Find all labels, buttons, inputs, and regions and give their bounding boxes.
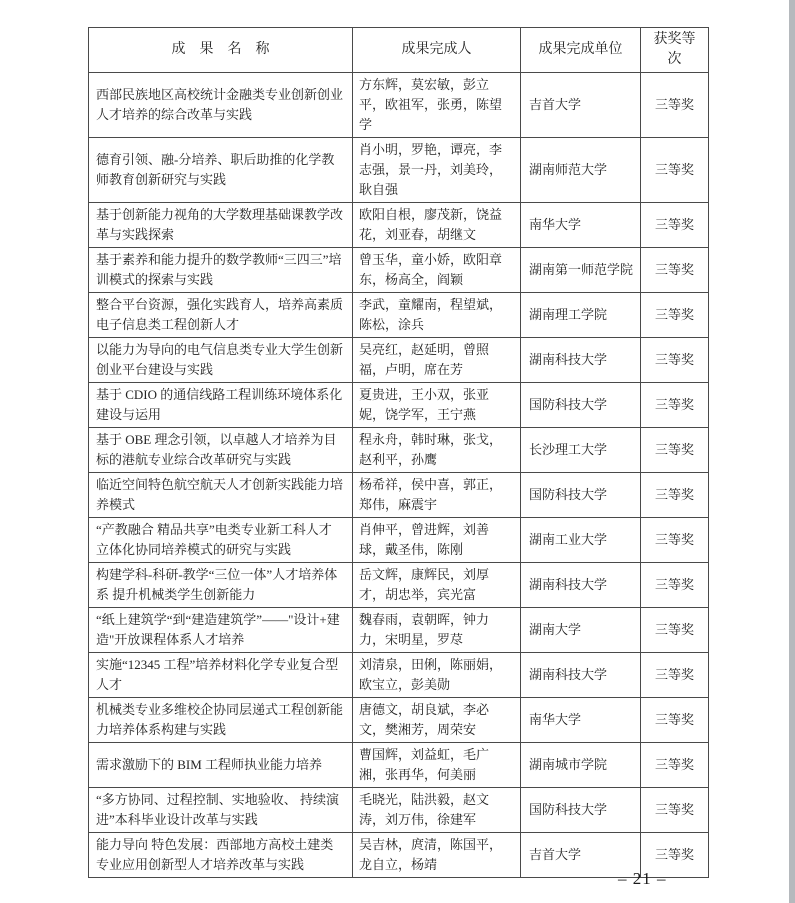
completers-cell: 魏春雨，袁朝晖，钟力力，宋明星，罗荩 (353, 608, 521, 653)
table-row: 机械类专业多维校企协同层递式工程创新能力培养体系构建与实践 唐德文，胡良斌，李必… (89, 698, 709, 743)
award-cell: 三等奖 (641, 653, 709, 698)
header-award-level: 获奖等次 (641, 28, 709, 73)
table-row: 基于创新能力视角的大学数理基础课教学改革与实践探索 欧阳自根，廖茂新，饶益花，刘… (89, 203, 709, 248)
achievement-name-cell: 实施“12345 工程”培养材料化学专业复合型人才 (89, 653, 353, 698)
completers-cell: 李武，童耀南，程望斌，陈松，涂兵 (353, 293, 521, 338)
table-row: 能力导向 特色发展：西部地方高校土建类专业应用创新型人才培养改革与实践 吴吉林，… (89, 833, 709, 878)
achievement-name-cell: “产教融合 精品共享”电类专业新工科人才立体化协同培养模式的研究与实践 (89, 518, 353, 563)
completers-cell: 欧阳自根，廖茂新，饶益花，刘亚春，胡继文 (353, 203, 521, 248)
completers-cell: 毛晓光，陆洪毅，赵文涛，刘万伟，徐建军 (353, 788, 521, 833)
unit-cell: 吉首大学 (521, 73, 641, 138)
completers-cell: 曹国辉，刘益虹，毛广湘，张再华，何美丽 (353, 743, 521, 788)
table-header-row: 成 果 名 称 成果完成人 成果完成单位 获奖等次 (89, 28, 709, 73)
completers-cell: 刘清泉，田俐，陈丽娟，欧宝立，彭美勋 (353, 653, 521, 698)
unit-cell: 国防科技大学 (521, 383, 641, 428)
table-row: “多方协同、过程控制、实地验收、 持续演进”本科毕业设计改革与实践 毛晓光，陆洪… (89, 788, 709, 833)
unit-cell: 南华大学 (521, 203, 641, 248)
scrollbar-track[interactable] (789, 0, 795, 903)
award-cell: 三等奖 (641, 563, 709, 608)
unit-cell: 湖南科技大学 (521, 338, 641, 383)
achievement-name-cell: 基于创新能力视角的大学数理基础课教学改革与实践探索 (89, 203, 353, 248)
achievement-name-cell: 基于素养和能力提升的数学教师“三四三”培训模式的探索与实践 (89, 248, 353, 293)
unit-cell: 湖南科技大学 (521, 653, 641, 698)
header-completers: 成果完成人 (353, 28, 521, 73)
completers-cell: 吴吉林，庹清，陈国平，龙自立，杨靖 (353, 833, 521, 878)
award-cell: 三等奖 (641, 743, 709, 788)
table-row: 德育引领、融-分培养、职后助推的化学教师教育创新研究与实践 肖小明，罗艳，谭亮，… (89, 138, 709, 203)
unit-cell: 湖南大学 (521, 608, 641, 653)
table-row: 西部民族地区高校统计金融类专业创新创业人才培养的综合改革与实践 方东辉，莫宏敏，… (89, 73, 709, 138)
achievement-name-cell: 以能力为导向的电气信息类专业大学生创新创业平台建设与实践 (89, 338, 353, 383)
unit-cell: 国防科技大学 (521, 788, 641, 833)
completers-cell: 岳文辉，康辉民，刘厚才，胡忠举，宾光富 (353, 563, 521, 608)
achievement-name-cell: 整合平台资源，强化实践育人，培养高素质电子信息类工程创新人才 (89, 293, 353, 338)
table-row: 临近空间特色航空航天人才创新实践能力培养模式 杨希祥，侯中喜，郭正，郑伟，麻震宇… (89, 473, 709, 518)
table-row: 基于素养和能力提升的数学教师“三四三”培训模式的探索与实践 曾玉华，童小娇，欧阳… (89, 248, 709, 293)
award-cell: 三等奖 (641, 518, 709, 563)
award-cell: 三等奖 (641, 383, 709, 428)
table-row: “产教融合 精品共享”电类专业新工科人才立体化协同培养模式的研究与实践 肖伸平，… (89, 518, 709, 563)
achievement-name-cell: “多方协同、过程控制、实地验收、 持续演进”本科毕业设计改革与实践 (89, 788, 353, 833)
achievement-name-cell: 西部民族地区高校统计金融类专业创新创业人才培养的综合改革与实践 (89, 73, 353, 138)
award-cell: 三等奖 (641, 138, 709, 203)
award-results-table: 成 果 名 称 成果完成人 成果完成单位 获奖等次 西部民族地区高校统计金融类专… (88, 27, 709, 878)
table-row: 基于 CDIO 的通信线路工程训练环境体系化建设与运用 夏贵进，王小双，张亚妮，… (89, 383, 709, 428)
page-number: – 21 – (618, 869, 667, 889)
award-cell: 三等奖 (641, 338, 709, 383)
completers-cell: 曾玉华，童小娇，欧阳章东，杨高全，阎颖 (353, 248, 521, 293)
award-cell: 三等奖 (641, 473, 709, 518)
table-row: “纸上建筑学“到“建造建筑学”——"设计+建造"开放课程体系人才培养 魏春雨，袁… (89, 608, 709, 653)
unit-cell: 湖南工业大学 (521, 518, 641, 563)
award-cell: 三等奖 (641, 73, 709, 138)
achievement-name-cell: 基于 CDIO 的通信线路工程训练环境体系化建设与运用 (89, 383, 353, 428)
unit-cell: 湖南城市学院 (521, 743, 641, 788)
achievement-name-cell: 构建学科-科研-教学“三位一体”人才培养体系 提升机械类学生创新能力 (89, 563, 353, 608)
completers-cell: 夏贵进，王小双，张亚妮，饶学军，王宁燕 (353, 383, 521, 428)
header-unit: 成果完成单位 (521, 28, 641, 73)
award-cell: 三等奖 (641, 608, 709, 653)
award-cell: 三等奖 (641, 428, 709, 473)
completers-cell: 唐德文，胡良斌，李必文，樊湘芳，周荣安 (353, 698, 521, 743)
unit-cell: 湖南第一师范学院 (521, 248, 641, 293)
achievement-name-cell: “纸上建筑学“到“建造建筑学”——"设计+建造"开放课程体系人才培养 (89, 608, 353, 653)
table-row: 基于 OBE 理念引领，以卓越人才培养为目标的港航专业综合改革研究与实践 程永舟… (89, 428, 709, 473)
completers-cell: 肖小明，罗艳，谭亮，李志强，景一丹，刘美玲，耿自强 (353, 138, 521, 203)
completers-cell: 杨希祥，侯中喜，郭正，郑伟，麻震宇 (353, 473, 521, 518)
unit-cell: 国防科技大学 (521, 473, 641, 518)
table-row: 需求激励下的 BIM 工程师执业能力培养 曹国辉，刘益虹，毛广湘，张再华，何美丽… (89, 743, 709, 788)
document-page: 成 果 名 称 成果完成人 成果完成单位 获奖等次 西部民族地区高校统计金融类专… (0, 0, 795, 903)
completers-cell: 程永舟，韩时琳，张戈，赵利平，孙鹰 (353, 428, 521, 473)
unit-cell: 南华大学 (521, 698, 641, 743)
completers-cell: 方东辉，莫宏敏，彭立平，欧祖军，张勇，陈望学 (353, 73, 521, 138)
unit-cell: 湖南理工学院 (521, 293, 641, 338)
completers-cell: 肖伸平，曾进辉，刘善球，戴圣伟，陈刚 (353, 518, 521, 563)
award-cell: 三等奖 (641, 248, 709, 293)
achievement-name-cell: 临近空间特色航空航天人才创新实践能力培养模式 (89, 473, 353, 518)
achievement-name-cell: 基于 OBE 理念引领，以卓越人才培养为目标的港航专业综合改革研究与实践 (89, 428, 353, 473)
table-row: 构建学科-科研-教学“三位一体”人才培养体系 提升机械类学生创新能力 岳文辉，康… (89, 563, 709, 608)
achievement-name-cell: 德育引领、融-分培养、职后助推的化学教师教育创新研究与实践 (89, 138, 353, 203)
table-row: 整合平台资源，强化实践育人，培养高素质电子信息类工程创新人才 李武，童耀南，程望… (89, 293, 709, 338)
unit-cell: 长沙理工大学 (521, 428, 641, 473)
achievement-name-cell: 机械类专业多维校企协同层递式工程创新能力培养体系构建与实践 (89, 698, 353, 743)
award-cell: 三等奖 (641, 203, 709, 248)
achievement-name-cell: 能力导向 特色发展：西部地方高校土建类专业应用创新型人才培养改革与实践 (89, 833, 353, 878)
achievement-name-cell: 需求激励下的 BIM 工程师执业能力培养 (89, 743, 353, 788)
award-cell: 三等奖 (641, 698, 709, 743)
table-row: 以能力为导向的电气信息类专业大学生创新创业平台建设与实践 吴亮红，赵延明，曾照福… (89, 338, 709, 383)
header-achievement-name: 成 果 名 称 (89, 28, 353, 73)
award-cell: 三等奖 (641, 788, 709, 833)
table-row: 实施“12345 工程”培养材料化学专业复合型人才 刘清泉，田俐，陈丽娟，欧宝立… (89, 653, 709, 698)
award-cell: 三等奖 (641, 293, 709, 338)
unit-cell: 湖南师范大学 (521, 138, 641, 203)
unit-cell: 湖南科技大学 (521, 563, 641, 608)
completers-cell: 吴亮红，赵延明，曾照福，卢明，席在芳 (353, 338, 521, 383)
